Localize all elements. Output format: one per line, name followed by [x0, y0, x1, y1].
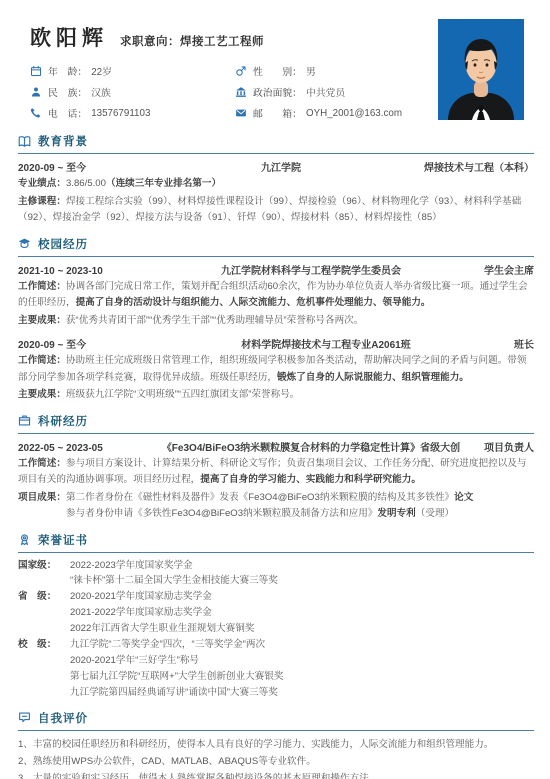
- result-line2-suffix: （受理）: [416, 508, 454, 519]
- result-label: 主要成果：: [18, 389, 66, 400]
- research-divider: [18, 433, 534, 434]
- research-title: 科研经历: [38, 413, 88, 429]
- gpa-note: （连续三年专业排名第一）: [106, 178, 221, 189]
- briefcase-icon: [18, 414, 31, 427]
- result-line2-bold: 发明专利: [377, 508, 415, 519]
- self-eval-title-row: 自我评价: [18, 710, 534, 726]
- self-eval-divider: [18, 730, 534, 731]
- courses-list: 焊接工程综合实验（99）、材料焊接性课程设计（99）、焊接检验（96）、材料物理…: [18, 196, 521, 224]
- info-political-status: 政治面貌： 中共党员: [235, 85, 465, 99]
- candidate-name: 欧阳辉: [30, 22, 108, 52]
- education-divider: [18, 153, 534, 154]
- result-line1-bold: 论文: [454, 492, 473, 503]
- person-icon: [30, 86, 42, 98]
- self-eval-item-1: 1、丰富的校园任职经历和科研经历，使得本人具有良好的学习能力、实践能力，人际交流…: [18, 736, 534, 753]
- desc-bold: 提高了自身的学习能力、实践能力和科学研究能力。: [200, 474, 421, 485]
- result-label: 项目成果：: [18, 490, 66, 507]
- campus-entry-2-date: 2020-09 ~ 至今: [18, 336, 146, 351]
- education-date: 2020-09 ~ 至今: [18, 159, 146, 174]
- honor-item: “徕卡杯”第十二届全国大学生金相技能大赛三等奖: [70, 575, 278, 586]
- courses-label: 主修课程：: [18, 196, 66, 207]
- gpa-label: 专业绩点：: [18, 178, 66, 189]
- campus-entry-1-row: 2021-10 ~ 2023-10 九江学院材料科学与工程学院学生委员会 学生会…: [18, 262, 534, 277]
- research-results-body: 第二作者身份在《磁性材料及器件》发表《Fe3O4@BiFeO3纳米颗粒膜的结构及…: [66, 490, 534, 523]
- honors-divider: [18, 552, 534, 553]
- research-entry-row: 2022-05 ~ 2023-05 《Fe3O4/BiFeO3纳米颗粒膜复合材料…: [18, 439, 534, 454]
- info-age-value: 22岁: [91, 64, 112, 78]
- section-self-eval: 自我评价 1、丰富的校园任职经历和科研经历，使得本人具有良好的学习能力、实践能力…: [18, 710, 534, 779]
- honors-national: 国家级： 2022-2023学年度国家奖学金 “徕卡杯”第十二届全国大学生金相技…: [18, 558, 534, 590]
- honors-national-items: 2022-2023学年度国家奖学金 “徕卡杯”第十二届全国大学生金相技能大赛三等…: [70, 558, 534, 590]
- education-title: 教育背景: [38, 133, 88, 149]
- result-text: 班级获九江学院“文明班级”“五四红旗团支部”荣誉称号。: [66, 389, 299, 400]
- info-gender: 性 别： 男: [235, 64, 465, 78]
- honor-item: 2022年江西省大学生职业生涯规划大赛铜奖: [70, 623, 254, 634]
- info-age-label: 年 龄：: [48, 64, 87, 78]
- campus-entry-2-org: 材料学院焊接技术与工程专业A2061班: [146, 336, 506, 351]
- research-desc: 工作简述：参与项目方案设计、计算结果分析、科研论文写作；负责召集项目会议、工作任…: [18, 456, 534, 489]
- info-ethnicity-value: 汉族: [91, 85, 111, 99]
- resume-header: 欧阳辉 求职意向：焊接工艺工程师 年 龄： 22岁 性 别： 男 民 族： 汉族: [18, 22, 534, 124]
- research-date: 2022-05 ~ 2023-05: [18, 443, 146, 454]
- education-title-row: 教育背景: [18, 133, 534, 149]
- honor-item: 2020-2021学年“三好学生”称号: [70, 655, 199, 666]
- info-gender-value: 男: [306, 64, 316, 78]
- self-eval-item-3: 3、大量的实验和实习经历，使得本人熟练掌握各种焊接设备的基本原理和操作方法。: [18, 770, 534, 779]
- campus-title: 校园经历: [38, 236, 88, 252]
- campus-entry-2-role: 班长: [506, 336, 534, 351]
- education-degree: 焊接技术与工程（本科）: [416, 159, 534, 174]
- honors-title: 荣誉证书: [38, 532, 88, 548]
- campus-divider: [18, 256, 534, 257]
- honors-provincial-items: 2020-2021学年度国家励志奖学金 2021-2022学年度国家励志奖学金 …: [70, 589, 534, 637]
- campus-entry-2-result: 主要成果：班级获九江学院“文明班级”“五四红旗团支部”荣誉称号。: [18, 387, 534, 404]
- honors-national-label: 国家级：: [18, 558, 70, 590]
- result-text: 获“优秀共青团干部”“优秀学生干部”“优秀助理辅导员”荣誉称号各两次。: [66, 315, 363, 326]
- male-icon: [235, 65, 247, 77]
- campus-entry-1-date: 2021-10 ~ 2023-10: [18, 266, 146, 277]
- campus-entry-1-desc: 工作简述：协调各部门完成日常工作，策划并配合组织活动60余次，作为协办单位负责人…: [18, 279, 534, 312]
- self-eval-title: 自我评价: [38, 710, 88, 726]
- mail-icon: [235, 107, 247, 119]
- result-line2-text: 参与者身份申请《多铁性Fe3O4@BiFeO3纳米颗粒膜及制备方法和应用》: [66, 508, 377, 519]
- campus-entry-1-role: 学生会主席: [476, 262, 534, 277]
- bank-icon: [235, 86, 247, 98]
- research-title-row: 科研经历: [18, 413, 534, 429]
- education-courses-line: 主修课程：焊接工程综合实验（99）、材料焊接性课程设计（99）、焊接检验（96）…: [18, 194, 534, 227]
- section-honors: 荣誉证书 国家级： 2022-2023学年度国家奖学金 “徕卡杯”第十二届全国大…: [18, 532, 534, 701]
- honor-item: 2020-2021学年度国家励志奖学金: [70, 591, 212, 602]
- honors-school-label: 校 级：: [18, 637, 70, 701]
- desc-label: 工作简述：: [18, 355, 66, 366]
- id-photo: [438, 19, 524, 120]
- result-label: 主要成果：: [18, 315, 66, 326]
- info-ethnicity: 民 族： 汉族: [30, 85, 235, 99]
- self-eval-item-2: 2、熟练使用WPS办公软件，CAD、MATLAB、ABAQUS等专业软件。: [18, 753, 534, 770]
- campus-entry-1-result: 主要成果：获“优秀共青团干部”“优秀学生干部”“优秀助理辅导员”荣誉称号各两次。: [18, 313, 534, 330]
- info-email: 邮 箱： OYH_2001@163.com: [235, 106, 465, 120]
- honor-item: 2022-2023学年度国家奖学金: [70, 560, 193, 571]
- honor-item: 九江学院“二等奖学金”四次，“三等奖学金”两次: [70, 639, 265, 650]
- honors-provincial-label: 省 级：: [18, 589, 70, 637]
- campus-entry-2-desc: 工作简述：协助班主任完成班级日常管理工作，组织班级同学积极参加各类活动，帮助解决…: [18, 353, 534, 386]
- campus-entry-2-row: 2020-09 ~ 至今 材料学院焊接技术与工程专业A2061班 班长: [18, 336, 534, 351]
- info-age: 年 龄： 22岁: [30, 64, 235, 78]
- job-intent: 求职意向：焊接工艺工程师: [120, 33, 264, 49]
- desc-label: 工作简述：: [18, 458, 66, 469]
- phone-icon: [30, 107, 42, 119]
- honor-item: 2021-2022学年度国家励志奖学金: [70, 607, 212, 618]
- gpa-value: 3.86/5.00: [66, 178, 106, 189]
- education-entry-row: 2020-09 ~ 至今 九江学院 焊接技术与工程（本科）: [18, 159, 534, 174]
- research-results: 项目成果： 第二作者身份在《磁性材料及器件》发表《Fe3O4@BiFeO3纳米颗…: [18, 490, 534, 523]
- research-role: 项目负责人: [476, 439, 534, 454]
- info-political-value: 中共党员: [306, 85, 345, 99]
- honor-item: 九江学院第四届经典诵写讲“诵读中国”大赛三等奖: [70, 687, 278, 698]
- graduation-cap-icon: [18, 237, 31, 250]
- desc-bold: 提高了自身的活动设计与组织能力、人际交流能力、危机事件处理能力、领导能力。: [76, 297, 431, 308]
- calendar-icon: [30, 65, 42, 77]
- section-education: 教育背景 2020-09 ~ 至今 九江学院 焊接技术与工程（本科） 专业绩点：…: [18, 133, 534, 227]
- info-phone-value: 13576791103: [91, 108, 150, 119]
- honors-title-row: 荣誉证书: [18, 532, 534, 548]
- education-gpa-line: 专业绩点：3.86/5.00（连续三年专业排名第一）: [18, 176, 534, 193]
- desc-label: 工作简述：: [18, 281, 66, 292]
- honors-provincial: 省 级： 2020-2021学年度国家励志奖学金 2021-2022学年度国家励…: [18, 589, 534, 637]
- research-project: 《Fe3O4/BiFeO3纳米颗粒膜复合材料的力学稳定性计算》省级大创: [146, 439, 476, 454]
- info-gender-label: 性 别：: [253, 64, 302, 78]
- speech-bubble-icon: [18, 711, 31, 724]
- info-ethnicity-label: 民 族：: [48, 85, 87, 99]
- honors-school-items: 九江学院“二等奖学金”四次，“三等奖学金”两次 2020-2021学年“三好学生…: [70, 637, 534, 701]
- info-political-label: 政治面貌：: [253, 85, 302, 99]
- result-line1-text: 第二作者身份在《磁性材料及器件》发表《Fe3O4@BiFeO3纳米颗粒膜的结构及…: [66, 492, 454, 503]
- section-campus: 校园经历 2021-10 ~ 2023-10 九江学院材料科学与工程学院学生委员…: [18, 236, 534, 404]
- section-research: 科研经历 2022-05 ~ 2023-05 《Fe3O4/BiFeO3纳米颗粒…: [18, 413, 534, 523]
- open-book-icon: [18, 135, 31, 148]
- campus-entry-1-org: 九江学院材料科学与工程学院学生委员会: [146, 262, 476, 277]
- resume-page: 欧阳辉 求职意向：焊接工艺工程师 年 龄： 22岁 性 别： 男 民 族： 汉族: [0, 0, 550, 779]
- campus-title-row: 校园经历: [18, 236, 534, 252]
- honor-item: 第七届九江学院“互联网+”大学生创新创业大赛银奖: [70, 671, 283, 682]
- info-phone: 电 话： 13576791103: [30, 106, 235, 120]
- info-phone-label: 电 话：: [48, 106, 87, 120]
- info-email-value: OYH_2001@163.com: [306, 108, 402, 119]
- info-email-label: 邮 箱：: [253, 106, 302, 120]
- medal-icon: [18, 533, 31, 546]
- education-school: 九江学院: [146, 159, 416, 174]
- honors-school: 校 级： 九江学院“二等奖学金”四次，“三等奖学金”两次 2020-2021学年…: [18, 637, 534, 701]
- desc-bold: 锻炼了自身的人际说服能力、组织管理能力。: [277, 372, 469, 383]
